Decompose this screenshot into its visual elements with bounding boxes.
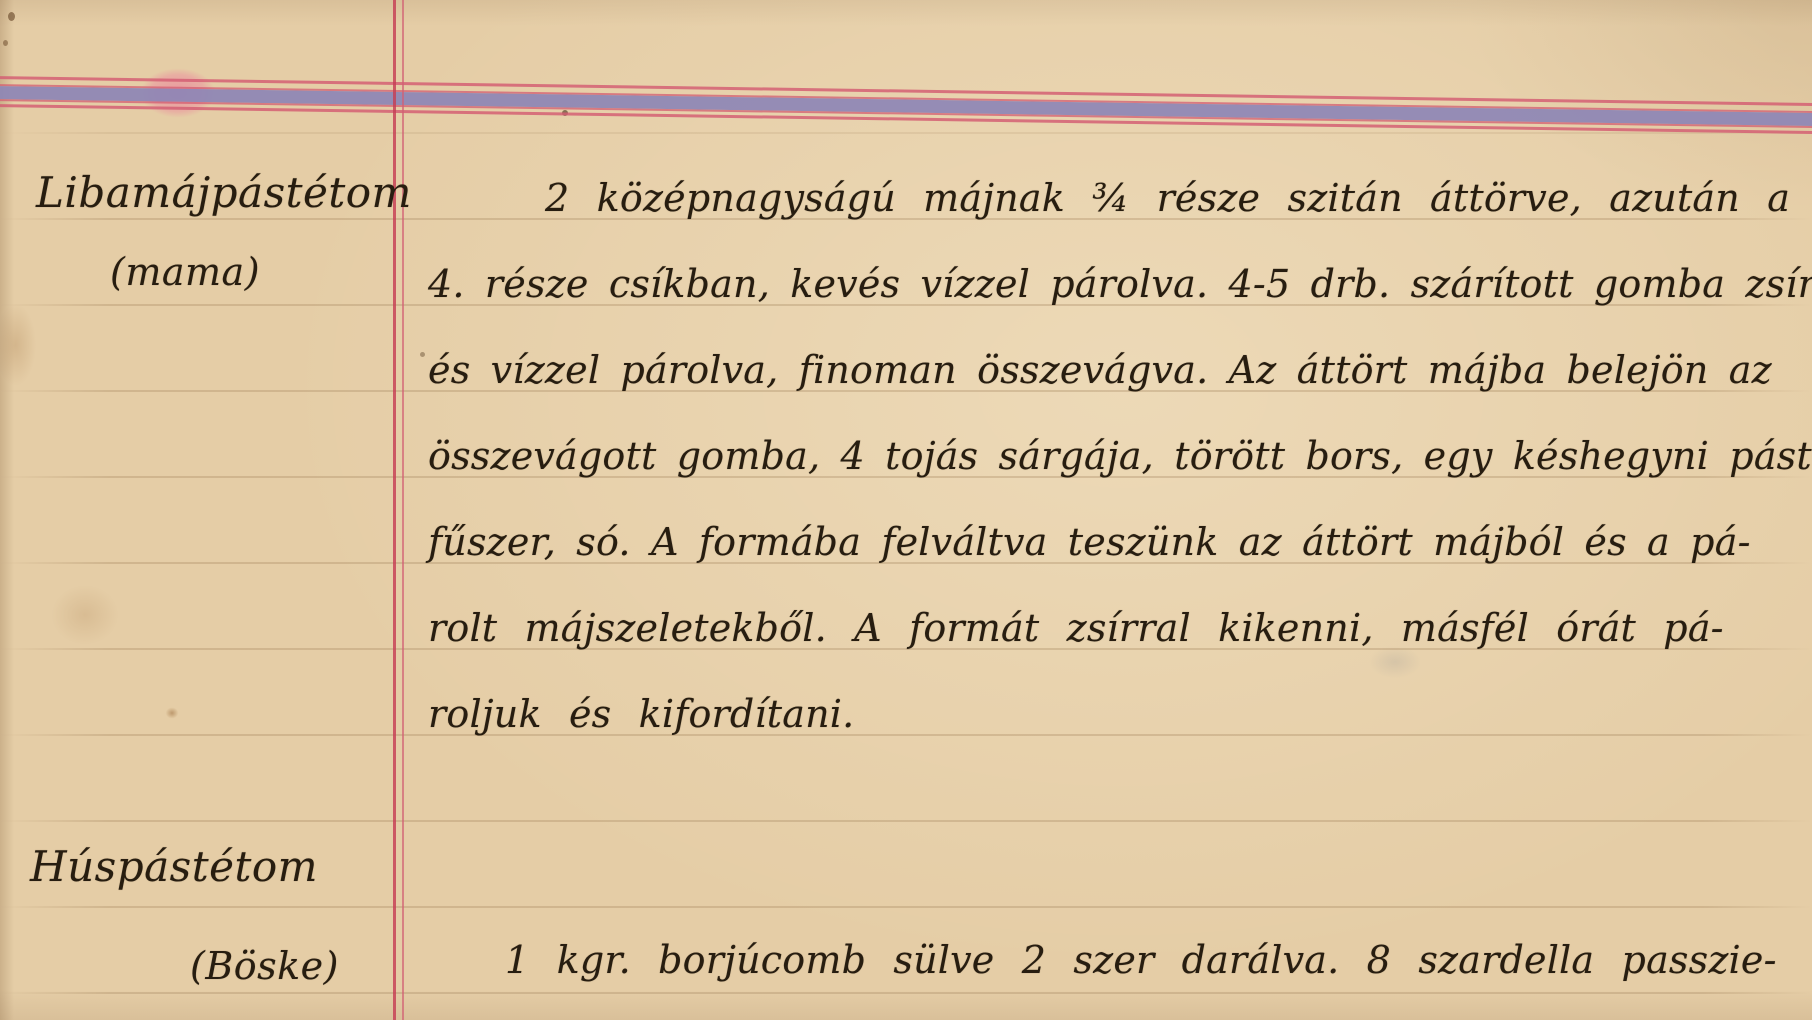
recipe-attribution-mama: (mama)	[110, 250, 260, 294]
stain-corner-speck	[8, 12, 15, 21]
ruled-line	[0, 992, 1812, 994]
margin-rule-left	[393, 0, 396, 1020]
header-ruling-band	[0, 76, 1812, 137]
stain-speck	[420, 352, 425, 357]
recipe-attribution-boske: (Böske)	[190, 944, 339, 988]
stain-foxing	[0, 290, 43, 400]
stain-foxing	[40, 575, 130, 655]
recipe-body-line: 1 kgr. borjúcomb sülve 2 szer darálva. 8…	[505, 938, 1777, 982]
recipe-body-line: rolt májszeletekből. A formát zsírral ki…	[428, 606, 1724, 650]
ruled-line	[0, 734, 1812, 736]
stain-corner-speck	[3, 40, 8, 46]
recipe-title-huspastetom: Húspástétom	[30, 842, 318, 891]
recipe-body-line: és vízzel párolva, finoman összevágva. A…	[428, 348, 1772, 392]
margin-rule-right	[402, 0, 404, 1020]
recipe-body-line: roljuk és kifordítani.	[428, 692, 854, 736]
recipe-body-line: fűszer, só. A formába felváltva teszünk …	[428, 520, 1751, 564]
stain-blot	[164, 706, 180, 720]
ruled-line	[0, 820, 1812, 822]
notebook-page: Libamájpástétom (mama) 2 középnagyságú m…	[0, 0, 1812, 1020]
ruled-line	[0, 906, 1812, 908]
recipe-body-line: összevágott gomba, 4 tojás sárgája, törö…	[428, 434, 1812, 478]
recipe-body-line: 2 középnagyságú májnak ¾ része szitán át…	[545, 176, 1790, 220]
recipe-title-libamajpastetom: Libamájpástétom	[36, 168, 412, 217]
recipe-body-line: 4. része csíkban, kevés vízzel párolva. …	[428, 262, 1812, 306]
